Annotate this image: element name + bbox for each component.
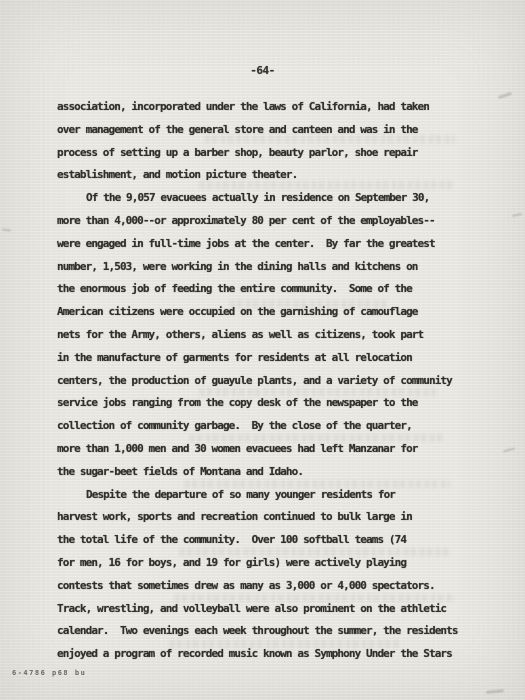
text-line: centers, the production of guayule plant…: [57, 370, 487, 393]
text-line: more than 1,000 men and 30 women evacuee…: [57, 438, 487, 461]
paragraph: Of the 9,057 evacuees actually in reside…: [57, 187, 487, 483]
smudge-mark: [498, 92, 512, 99]
text-line: Despite the departure of so many younger…: [57, 484, 487, 507]
text-line: Track, wrestling, and volleyball were al…: [57, 598, 487, 621]
paragraph: Despite the departure of so many younger…: [57, 484, 487, 666]
smudge-mark: [512, 213, 522, 217]
text-line: collection of community garbage. By the …: [57, 415, 487, 438]
page-number: -64-: [0, 64, 525, 77]
text-line: for men, 16 for boys, and 19 for girls) …: [57, 552, 487, 575]
text-line: in the manufacture of garments for resid…: [57, 347, 487, 370]
text-line: calendar. Two evenings each week through…: [57, 620, 487, 643]
archival-code: 6-4786 p68 bu: [12, 669, 86, 677]
text-line: more than 4,000--or approximately 80 per…: [57, 210, 487, 233]
text-line: over management of the general store and…: [57, 119, 487, 142]
text-line: service jobs ranging from the copy desk …: [57, 392, 487, 415]
text-line: harvest work, sports and recreation cont…: [57, 506, 487, 529]
text-line: American citizens were occupied on the g…: [57, 301, 487, 324]
text-line: the enormous job of feeding the entire c…: [57, 278, 487, 301]
text-line: contests that sometimes drew as many as …: [57, 575, 487, 598]
smudge-mark: [2, 228, 11, 231]
smudge-mark: [486, 689, 504, 694]
text-line: were engaged in full-time jobs at the ce…: [57, 233, 487, 256]
text-line: nets for the Army, others, aliens as wel…: [57, 324, 487, 347]
text-line: the sugar-beet fields of Montana and Ida…: [57, 461, 487, 484]
text-line: number, 1,503, were working in the dinin…: [57, 256, 487, 279]
text-line: Of the 9,057 evacuees actually in reside…: [57, 187, 487, 210]
paragraph: association, incorporated under the laws…: [57, 96, 487, 187]
text-line: association, incorporated under the laws…: [57, 96, 487, 119]
text-line: process of setting up a barber shop, bea…: [57, 142, 487, 165]
text-line: establishment, and motion picture theate…: [57, 164, 487, 187]
text-line: the total life of the community. Over 10…: [57, 529, 487, 552]
smudge-mark: [503, 447, 515, 452]
text-line: enjoyed a program of recorded music know…: [57, 643, 487, 666]
document-body: association, incorporated under the laws…: [57, 96, 487, 666]
document-page: -64- association, incorporated under the…: [0, 0, 525, 700]
